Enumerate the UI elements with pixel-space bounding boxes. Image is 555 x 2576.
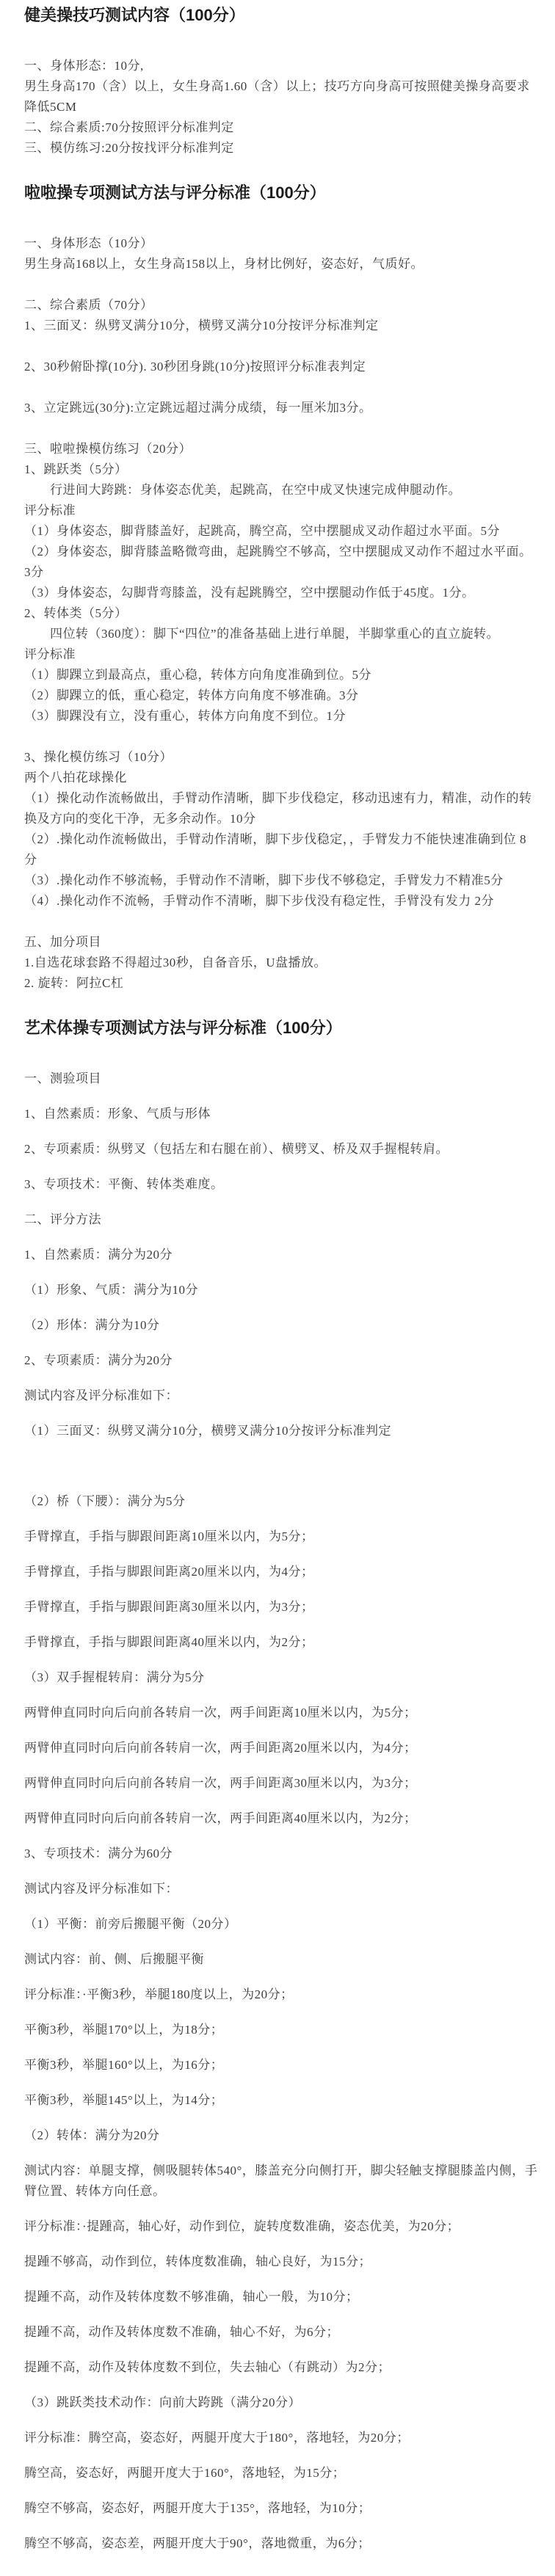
paragraph: （1）操化动作流畅做出，手臂动作清晰，脚下步伐稳定，移动迅速有力，精准，动作的转…	[24, 788, 538, 829]
paragraph: 2. 旋转：阿拉C杠	[24, 973, 538, 994]
paragraph: 男生身高168以上，女生身高158以上，身材比例好，姿态好，气质好。	[24, 254, 538, 274]
paragraph: 2、转体类（5分）	[24, 603, 538, 624]
paragraph: 腾空不够高，姿态差，两腿开度大于90°，落地微重，为6分；	[24, 2533, 538, 2554]
paragraph: （2）脚踝立的低，重心稳定，转体方向角度不够准确。3分	[24, 685, 538, 706]
paragraph: （3）脚踝没有立，没有重心，转体方向角度不到位。1分	[24, 706, 538, 727]
paragraph: （2）.操化动作流畅做出，手臂动作清晰，脚下步伐稳定，，手臂发力不能快速准确到位…	[24, 829, 538, 870]
paragraph: （2）转体：满分为20分	[24, 2125, 538, 2146]
paragraph: 提踵不高，动作及转体度数不够准确，轴心一般，为10分；	[24, 2287, 538, 2307]
paragraph: 二、综合素质:70分按照评分标准判定	[24, 117, 538, 138]
paragraph: 手臂撑直，手指与脚跟间距离10厘米以内，为5分；	[24, 1527, 538, 1547]
paragraph: 两个八拍花球操化	[24, 768, 538, 788]
paragraph: 3、操化模仿练习（10分）	[24, 747, 538, 768]
paragraph: 测试内容及评分标准如下：	[24, 1386, 538, 1406]
paragraph: 腾空高，姿态好，两腿开度大于160°，落地轻，为15分；	[24, 2463, 538, 2484]
paragraph: 两臂伸直同时向后向前各转肩一次，两手间距离40厘米以内，为2分；	[24, 1808, 538, 1829]
paragraph: 评分标准：·平衡3秒，举腿180度以上，为20分；	[24, 1984, 538, 2005]
paragraph: 五、加分项目	[24, 932, 538, 953]
paragraph: 3、专项技术：满分为60分	[24, 1844, 538, 1864]
paragraph: （3）.操化动作不够流畅，手臂动作不清晰，脚下步伐不够稳定，手臂发力不精准5分	[24, 870, 538, 891]
paragraph: （2）身体姿态，脚背膝盖略微弯曲，起跳腾空不够高，空中摆腿成叉动作不超过水平面。…	[24, 542, 538, 583]
paragraph: （4）.操化动作不流畅，手臂动作不清晰，脚下步伐没有稳定性，手臂没有发力 2分	[24, 891, 538, 912]
paragraph: 两臂伸直同时向后向前各转肩一次，两手间距离10厘米以内，为5分；	[24, 1703, 538, 1723]
paragraph: （2）桥（下腰）：满分为5分	[24, 1491, 538, 1512]
blank-line	[24, 912, 538, 932]
paragraph: 一、身体形态（10分）	[24, 233, 538, 254]
paragraph: 一、身体形态：10分,	[24, 56, 538, 76]
paragraph: 3、专项技术：平衡、转体类难度。	[24, 1174, 538, 1195]
paragraph: 两臂伸直同时向后向前各转肩一次，两手间距离20厘米以内，为4分；	[24, 1738, 538, 1758]
paragraph: 一、测验项目	[24, 1069, 538, 1089]
paragraph: 男生身高170（含）以上，女生身高1.60（含）以上；技巧方向身高可按照健美操身…	[24, 76, 538, 117]
paragraph: 1.自选花球套路不得超过30秒，自备音乐，U盘播放。	[24, 953, 538, 973]
paragraph: 二、评分方法	[24, 1209, 538, 1230]
paragraph: （1）脚踝立到最高点，重心稳，转体方向角度准确到位。5分	[24, 665, 538, 685]
section-title: 健美操技巧测试内容（100分）	[24, 4, 538, 26]
paragraph: 手臂撑直，手指与脚跟间距离20厘米以内，为4分；	[24, 1562, 538, 1582]
paragraph: 两臂伸直同时向后向前各转肩一次，两手间距离30厘米以内，为3分；	[24, 1773, 538, 1794]
paragraph: （2）形体：满分为10分	[24, 1315, 538, 1336]
paragraph: 评分标准：·提踵高，轴心好，动作到位，旋转度数准确，姿态优美，为20分；	[24, 2216, 538, 2237]
section-title: 艺术体操专项测试方法与评分标准（100分）	[24, 1017, 538, 1039]
paragraph: 腾空不够高，姿态好，两腿开度大于135°，落地轻，为10分；	[24, 2498, 538, 2519]
paragraph: 1、自然素质：满分为20分	[24, 1245, 538, 1265]
paragraph: （1）三面叉：纵劈叉满分10分，横劈叉满分10分按评分标准判定	[24, 1421, 538, 1441]
paragraph: 1、跳跃类（5分）	[24, 459, 538, 480]
blank-line	[24, 1456, 538, 1477]
paragraph: 三、啦啦操模仿练习（20分）	[24, 439, 538, 459]
paragraph: 平衡3秒，举腿160°以上，为16分；	[24, 2055, 538, 2075]
paragraph: 测试内容：单腿支撑，侧吸腿转体540°，膝盖充分向侧打开，脚尖轻触支撑腿膝盖内侧…	[24, 2161, 538, 2202]
paragraph: 1、三面叉：纵劈叉满分10分，横劈叉满分10分按评分标准判定	[24, 316, 538, 336]
paragraph: 四位转（360度）：脚下“四位”的准备基础上进行单腿，半脚掌重心的直立旋转。	[24, 624, 538, 644]
paragraph: 2、专项素质：纵劈叉（包括左和右腿在前）、横劈叉、桥及双手握棍转肩。	[24, 1139, 538, 1160]
paragraph: 评分标准	[24, 644, 538, 665]
section-title: 啦啦操专项测试方法与评分标准（100分）	[24, 182, 538, 204]
document: 健美操技巧测试内容（100分）一、身体形态：10分,男生身高170（含）以上，女…	[0, 4, 555, 2576]
paragraph: 行进间大跨跳：身体姿态优美，起跳高，在空中成叉快速完成伸腿动作。	[24, 480, 538, 501]
blank-line	[24, 727, 538, 747]
paragraph: 平衡3秒，举腿145°以上，为14分；	[24, 2090, 538, 2111]
paragraph: 3、立定跳远(30分):立定跳远超过满分成绩，每一厘米加3分。	[24, 398, 538, 418]
blank-line	[24, 336, 538, 357]
paragraph: 提踵不高，动作及转体度数不到位，失去轴心（有跳动）为2分；	[24, 2357, 538, 2378]
blank-line	[24, 418, 538, 439]
blank-line	[24, 377, 538, 398]
paragraph: 提踵不高，动作及转体度数不准确，轴心不好，为6分；	[24, 2322, 538, 2343]
paragraph: （1）平衡：前旁后搬腿平衡（20分）	[24, 1914, 538, 1935]
paragraph: （3）身体姿态，勾脚背弯膝盖，没有起跳腾空，空中摆腿动作低于45度。1分。	[24, 583, 538, 603]
paragraph: 2、专项素质：满分为20分	[24, 1350, 538, 1371]
paragraph: 提踵不够高，动作到位，转体度数准确，轴心良好，为15分；	[24, 2252, 538, 2272]
paragraph: （3）跳跃类技术动作：向前大跨跳（满分20分）	[24, 2393, 538, 2413]
paragraph: 评分标准	[24, 501, 538, 521]
paragraph: 三、模仿练习:20分按找评分标准判定	[24, 138, 538, 159]
paragraph: 平衡3秒，举腿170°以上，为18分；	[24, 2020, 538, 2040]
paragraph: （3）双手握棍转肩：满分为5分	[24, 1667, 538, 1688]
paragraph: 二、综合素质（70分）	[24, 295, 538, 316]
section-lalacao-special-test: 啦啦操专项测试方法与评分标准（100分）一、身体形态（10分）男生身高168以上…	[24, 182, 538, 994]
paragraph: 1、自然素质：形象、气质与形体	[24, 1104, 538, 1124]
paragraph: 评分标准：腾空高，姿态好，两腿开度大于180°，落地轻，为20分；	[24, 2428, 538, 2448]
paragraph: （1）形象、气质：满分为10分	[24, 1280, 538, 1300]
paragraph: 2、30秒俯卧撑(10分). 30秒团身跳(10分)按照评分标准表判定	[24, 357, 538, 377]
section-jianmeicao-skill-test: 健美操技巧测试内容（100分）一、身体形态：10分,男生身高170（含）以上，女…	[24, 4, 538, 159]
paragraph: 手臂撑直，手指与脚跟间距离40厘米以内，为2分；	[24, 1632, 538, 1653]
paragraph: （1）身体姿态，脚背膝盖好，起跳高，腾空高，空中摆腿成叉动作超过水平面。5分	[24, 521, 538, 542]
paragraph: 手臂撑直，手指与脚跟间距离30厘米以内，为3分；	[24, 1597, 538, 1618]
blank-line	[24, 274, 538, 295]
section-yishuticao-special-test: 艺术体操专项测试方法与评分标准（100分）一、测验项目1、自然素质：形象、气质与…	[24, 1017, 538, 2554]
paragraph: 测试内容及评分标准如下：	[24, 1879, 538, 1899]
paragraph: 测试内容：前、侧、后搬腿平衡	[24, 1949, 538, 1970]
